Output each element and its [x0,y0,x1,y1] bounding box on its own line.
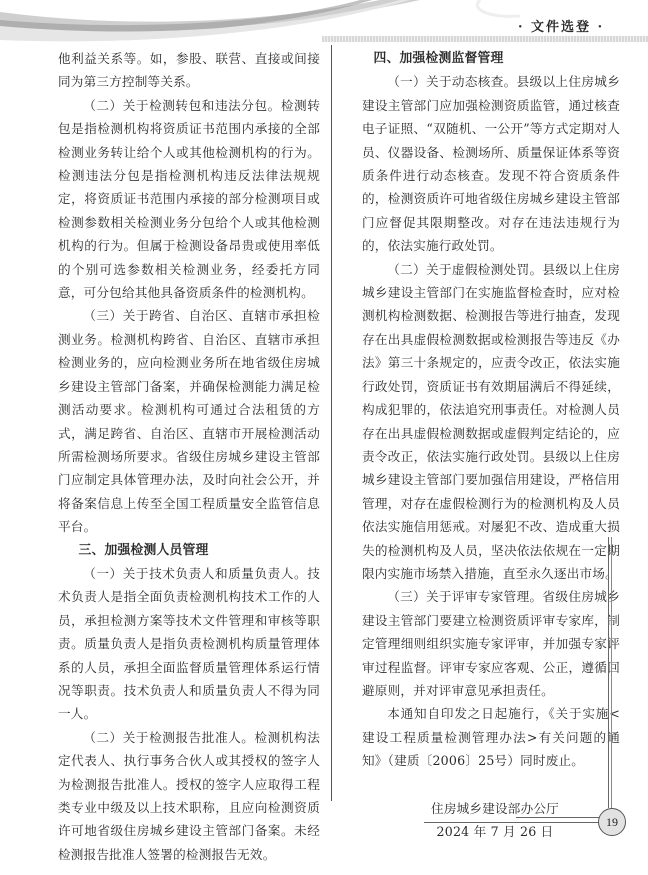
paragraph: （二）关于虚假检测处罚。县级以上住房城乡建设主管部门在实施监督检查时，应对检测机… [362,258,620,586]
left-column: 他利益关系等。如，参股、联营、直接或间接同为第三方控制等关系。 （二）关于检测转… [58,47,320,866]
section-heading-4: 四、加强检测监督管理 [362,47,620,70]
page-frame-rule [608,537,609,808]
footer-rule [424,822,600,823]
footer-rule [516,817,600,818]
paragraph: （一）关于技术负责人和质量负责人。技术负责人是指全面负责检测机构技术工作的人员，… [58,562,320,726]
right-column: 四、加强检测监督管理 （一）关于动态核查。县级以上住房城乡建设主管部门应加强检测… [362,47,620,843]
paragraph: 本通知自印发之日起施行，《关于实施<建设工程质量检测管理办法>有关问题的通知》（… [362,702,620,772]
issue-date: 2024 年 7 月 26 日 [362,820,620,843]
section-heading-3: 三、加强检测人员管理 [58,539,320,562]
paragraph: （二）关于检测转包和违法分包。检测转包是指检测机构将资质证书范围内承接的全部检测… [58,94,320,305]
paragraph: （三）关于评审专家管理。省级住房城乡建设主管部门要建立检测资质评审专家库，制定管… [362,585,620,702]
page-frame-rule [611,537,612,808]
paragraph: 他利益关系等。如，参股、联营、直接或间接同为第三方控制等关系。 [58,47,320,94]
column-divider [331,45,332,801]
paragraph: （一）关于动态核查。县级以上住房城乡建设主管部门应加强检测资质监管，通过核查电子… [362,70,620,257]
section-tag: · 文件选登 · [518,16,604,35]
page-number: 19 [598,808,626,836]
header-dotted-bar [322,36,648,42]
paragraph: （二）关于检测报告批准人。检测机构法定代表人、执行事务合伙人或其授权的签字人为检… [58,726,320,866]
paragraph: （三）关于跨省、自治区、直辖市承担检测业务。检测机构跨省、自治区、直辖市承担检测… [58,304,320,538]
signature-block: 住房城乡建设部办公厅 2024 年 7 月 26 日 [362,797,620,844]
